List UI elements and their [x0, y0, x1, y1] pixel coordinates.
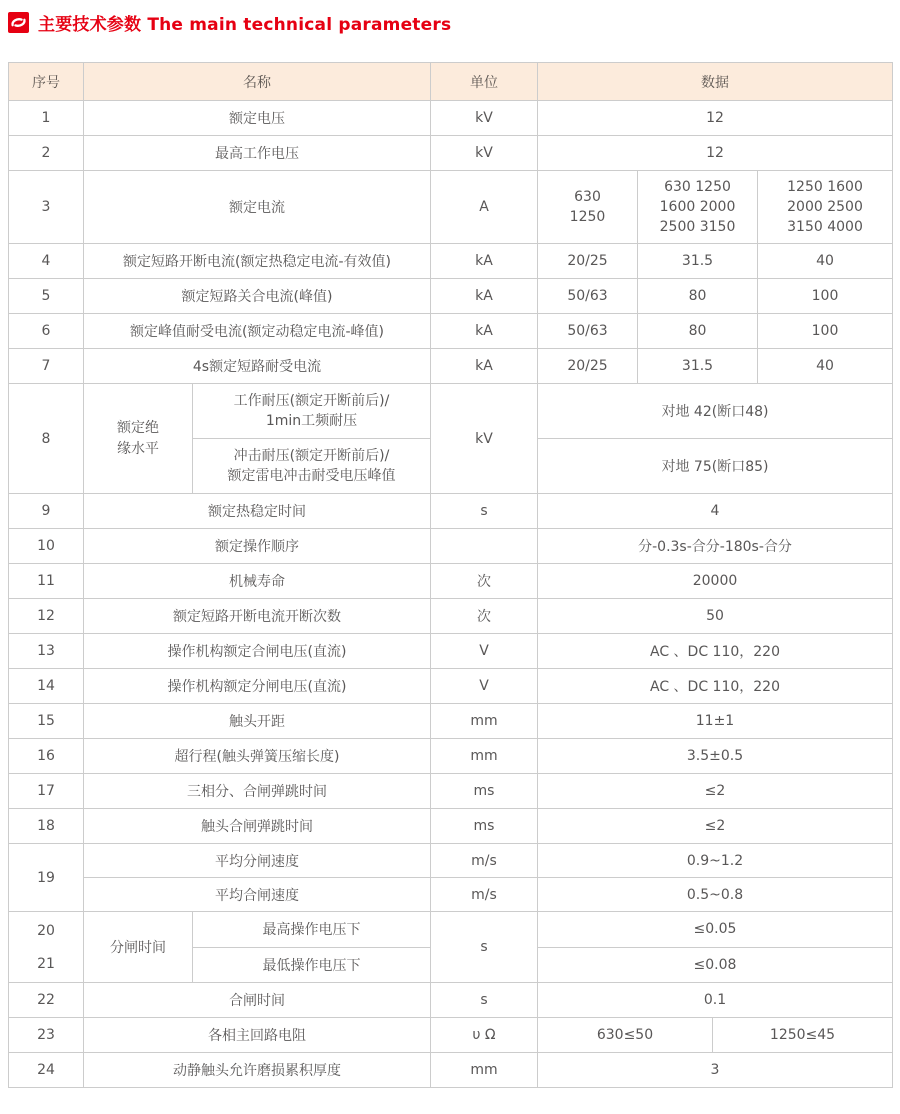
row-data-3: 40	[758, 349, 893, 384]
row-unit: kA	[431, 349, 538, 384]
row-no: 15	[9, 704, 84, 739]
row-unit: υ Ω	[431, 1018, 538, 1053]
row-no: 1	[9, 101, 84, 136]
row-unit: m/s	[431, 878, 538, 912]
row-subname: 冲击耐压(额定开断前后)/ 额定雷电冲击耐受电压峰值	[193, 439, 431, 494]
row-name: 平均分闸速度	[84, 844, 431, 878]
row-no: 16	[9, 739, 84, 774]
row-unit: kA	[431, 279, 538, 314]
row-unit: V	[431, 634, 538, 669]
row-data-1: 20/25	[538, 349, 638, 384]
table-row: 18 触头合闸弹跳时间 ms ≤2	[9, 809, 893, 844]
row-unit: ms	[431, 809, 538, 844]
table-row: 8 额定绝 缘水平 工作耐压(额定开断前后)/ 1min工频耐压 kV 对地 4…	[9, 384, 893, 439]
table-row: 12 额定短路开断电流开断次数 次 50	[9, 599, 893, 634]
row-data-2: 630 1250 1600 2000 2500 3150	[638, 171, 758, 244]
row-name: 额定电压	[84, 101, 431, 136]
table-row: 15 触头开距 mm 11±1	[9, 704, 893, 739]
row-data: 20000	[538, 564, 893, 599]
row-data: 12	[538, 136, 893, 171]
table-row: 9 额定热稳定时间 s 4	[9, 494, 893, 529]
row-data-2: 31.5	[638, 244, 758, 279]
row-name: 额定短路关合电流(峰值)	[84, 279, 431, 314]
row-unit: ms	[431, 774, 538, 809]
row-name: 额定操作顺序	[84, 529, 431, 564]
row-name: 平均合闸速度	[84, 878, 431, 912]
row-data-2: 80	[638, 314, 758, 349]
row-name: 各相主回路电阻	[84, 1018, 431, 1053]
row-data-2: 31.5	[638, 349, 758, 384]
row-data-3: 40	[758, 244, 893, 279]
row-data: ≤0.08	[538, 947, 893, 983]
row-data: 50	[538, 599, 893, 634]
row-name: 触头开距	[84, 704, 431, 739]
row-subname: 最低操作电压下	[193, 947, 431, 983]
row-no: 6	[9, 314, 84, 349]
row-name: 超行程(触头弹簧压缩长度)	[84, 739, 431, 774]
row-no: 4	[9, 244, 84, 279]
row-name: 4s额定短路耐受电流	[84, 349, 431, 384]
row-no: 9	[9, 494, 84, 529]
table-row: 4 额定短路开断电流(额定热稳定电流-有效值) kA 20/25 31.5 40	[9, 244, 893, 279]
section-header: 主要技术参数 The main technical parameters	[8, 10, 892, 34]
row-data-1: 630 1250	[538, 171, 638, 244]
table-row: 24 动静触头允许磨损累积厚度 mm 3	[9, 1053, 893, 1088]
table-header-row: 序号 名称 单位 数据	[9, 63, 893, 101]
row-data: 0.9~1.2	[538, 844, 893, 878]
row-unit: kV	[431, 136, 538, 171]
row-unit: kV	[431, 101, 538, 136]
row-name: 最高工作电压	[84, 136, 431, 171]
row-data: ≤2	[538, 809, 893, 844]
row-data: 对地 42(断口48)	[538, 384, 893, 439]
row-group-name: 分闸时间	[84, 912, 193, 983]
row-data: 11±1	[538, 704, 893, 739]
row-no: 17	[9, 774, 84, 809]
row-no: 5	[9, 279, 84, 314]
table-row: 23 各相主回路电阻 υ Ω 630≤50 1250≤45	[9, 1018, 893, 1053]
row-name: 合闸时间	[84, 983, 431, 1018]
row-unit: A	[431, 171, 538, 244]
row-data: 0.1	[538, 983, 893, 1018]
table-row: 13 操作机构额定合闸电压(直流) V AC 、DC 110，220	[9, 634, 893, 669]
row-data: AC 、DC 110，220	[538, 669, 893, 704]
parameters-table: 序号 名称 单位 数据 1 额定电压 kV 12 2 最高工作电压 kV 12 …	[8, 62, 893, 1088]
catalog-page: 主要技术参数 The main technical parameters 序号 …	[0, 0, 900, 1096]
row-no: 7	[9, 349, 84, 384]
col-header-unit: 单位	[431, 63, 538, 101]
table-row: 7 4s额定短路耐受电流 kA 20/25 31.5 40	[9, 349, 893, 384]
row-unit: 次	[431, 599, 538, 634]
row-data: 分-0.3s-合分-180s-合分	[538, 529, 893, 564]
table-row: 6 额定峰值耐受电流(额定动稳定电流-峰值) kA 50/63 80 100	[9, 314, 893, 349]
row-name: 触头合闸弹跳时间	[84, 809, 431, 844]
row-name: 额定短路开断电流开断次数	[84, 599, 431, 634]
row-unit: mm	[431, 739, 538, 774]
row-no: 13	[9, 634, 84, 669]
table-row: 2 最高工作电压 kV 12	[9, 136, 893, 171]
row-no-group: 20 21	[9, 912, 84, 983]
row-data: 对地 75(断口85)	[538, 439, 893, 494]
row-unit: mm	[431, 704, 538, 739]
table-row: 平均合闸速度 m/s 0.5~0.8	[9, 878, 893, 912]
row-data-1: 20/25	[538, 244, 638, 279]
row-unit: s	[431, 494, 538, 529]
row-no: 10	[9, 529, 84, 564]
row-no: 20	[13, 923, 79, 939]
row-no: 23	[9, 1018, 84, 1053]
row-data-1: 630≤50	[538, 1018, 713, 1053]
col-header-name: 名称	[84, 63, 431, 101]
row-name: 额定热稳定时间	[84, 494, 431, 529]
brand-swoosh-icon	[8, 12, 29, 33]
table-row: 5 额定短路关合电流(峰值) kA 50/63 80 100	[9, 279, 893, 314]
row-no: 2	[9, 136, 84, 171]
row-unit: mm	[431, 1053, 538, 1088]
row-no: 8	[9, 384, 84, 494]
row-unit: kA	[431, 244, 538, 279]
row-unit: m/s	[431, 844, 538, 878]
col-header-no: 序号	[9, 63, 84, 101]
row-no: 19	[9, 844, 84, 912]
row-subname: 工作耐压(额定开断前后)/ 1min工频耐压	[193, 384, 431, 439]
table-row: 19 平均分闸速度 m/s 0.9~1.2	[9, 844, 893, 878]
row-subname: 最高操作电压下	[193, 912, 431, 948]
row-name: 额定峰值耐受电流(额定动稳定电流-峰值)	[84, 314, 431, 349]
row-name: 操作机构额定合闸电压(直流)	[84, 634, 431, 669]
page-title: 主要技术参数 The main technical parameters	[38, 10, 451, 35]
row-data: AC 、DC 110，220	[538, 634, 893, 669]
table-row: 1 额定电压 kV 12	[9, 101, 893, 136]
row-unit: kV	[431, 384, 538, 494]
row-unit: kA	[431, 314, 538, 349]
table-row: 20 21 分闸时间 最高操作电压下 s ≤0.05	[9, 912, 893, 948]
row-no: 12	[9, 599, 84, 634]
row-data-2: 1250≤45	[713, 1018, 893, 1053]
row-data: 4	[538, 494, 893, 529]
row-name: 三相分、合闸弹跳时间	[84, 774, 431, 809]
row-unit: 次	[431, 564, 538, 599]
row-unit	[431, 529, 538, 564]
row-no: 18	[9, 809, 84, 844]
row-name: 额定短路开断电流(额定热稳定电流-有效值)	[84, 244, 431, 279]
table-row: 22 合闸时间 s 0.1	[9, 983, 893, 1018]
row-data-3: 100	[758, 279, 893, 314]
table-row: 16 超行程(触头弹簧压缩长度) mm 3.5±0.5	[9, 739, 893, 774]
row-data: 3.5±0.5	[538, 739, 893, 774]
table-row: 17 三相分、合闸弹跳时间 ms ≤2	[9, 774, 893, 809]
row-data: 0.5~0.8	[538, 878, 893, 912]
row-group-name: 额定绝 缘水平	[84, 384, 193, 494]
row-data-3: 1250 1600 2000 2500 3150 4000	[758, 171, 893, 244]
row-data-2: 80	[638, 279, 758, 314]
row-data: 3	[538, 1053, 893, 1088]
row-name: 额定电流	[84, 171, 431, 244]
row-no: 22	[9, 983, 84, 1018]
row-no: 3	[9, 171, 84, 244]
row-name: 机械寿命	[84, 564, 431, 599]
row-no: 21	[13, 956, 79, 972]
row-data-1: 50/63	[538, 314, 638, 349]
row-no: 24	[9, 1053, 84, 1088]
row-unit: s	[431, 983, 538, 1018]
row-data: 12	[538, 101, 893, 136]
table-row: 11 机械寿命 次 20000	[9, 564, 893, 599]
table-row: 14 操作机构额定分闸电压(直流) V AC 、DC 110，220	[9, 669, 893, 704]
table-row: 10 额定操作顺序 分-0.3s-合分-180s-合分	[9, 529, 893, 564]
table-row: 3 额定电流 A 630 1250 630 1250 1600 2000 250…	[9, 171, 893, 244]
row-data-3: 100	[758, 314, 893, 349]
col-header-data: 数据	[538, 63, 893, 101]
row-name: 操作机构额定分闸电压(直流)	[84, 669, 431, 704]
row-no: 11	[9, 564, 84, 599]
row-data: ≤2	[538, 774, 893, 809]
row-data: ≤0.05	[538, 912, 893, 948]
row-data-1: 50/63	[538, 279, 638, 314]
row-name: 动静触头允许磨损累积厚度	[84, 1053, 431, 1088]
row-unit: s	[431, 912, 538, 983]
row-unit: V	[431, 669, 538, 704]
row-no: 14	[9, 669, 84, 704]
